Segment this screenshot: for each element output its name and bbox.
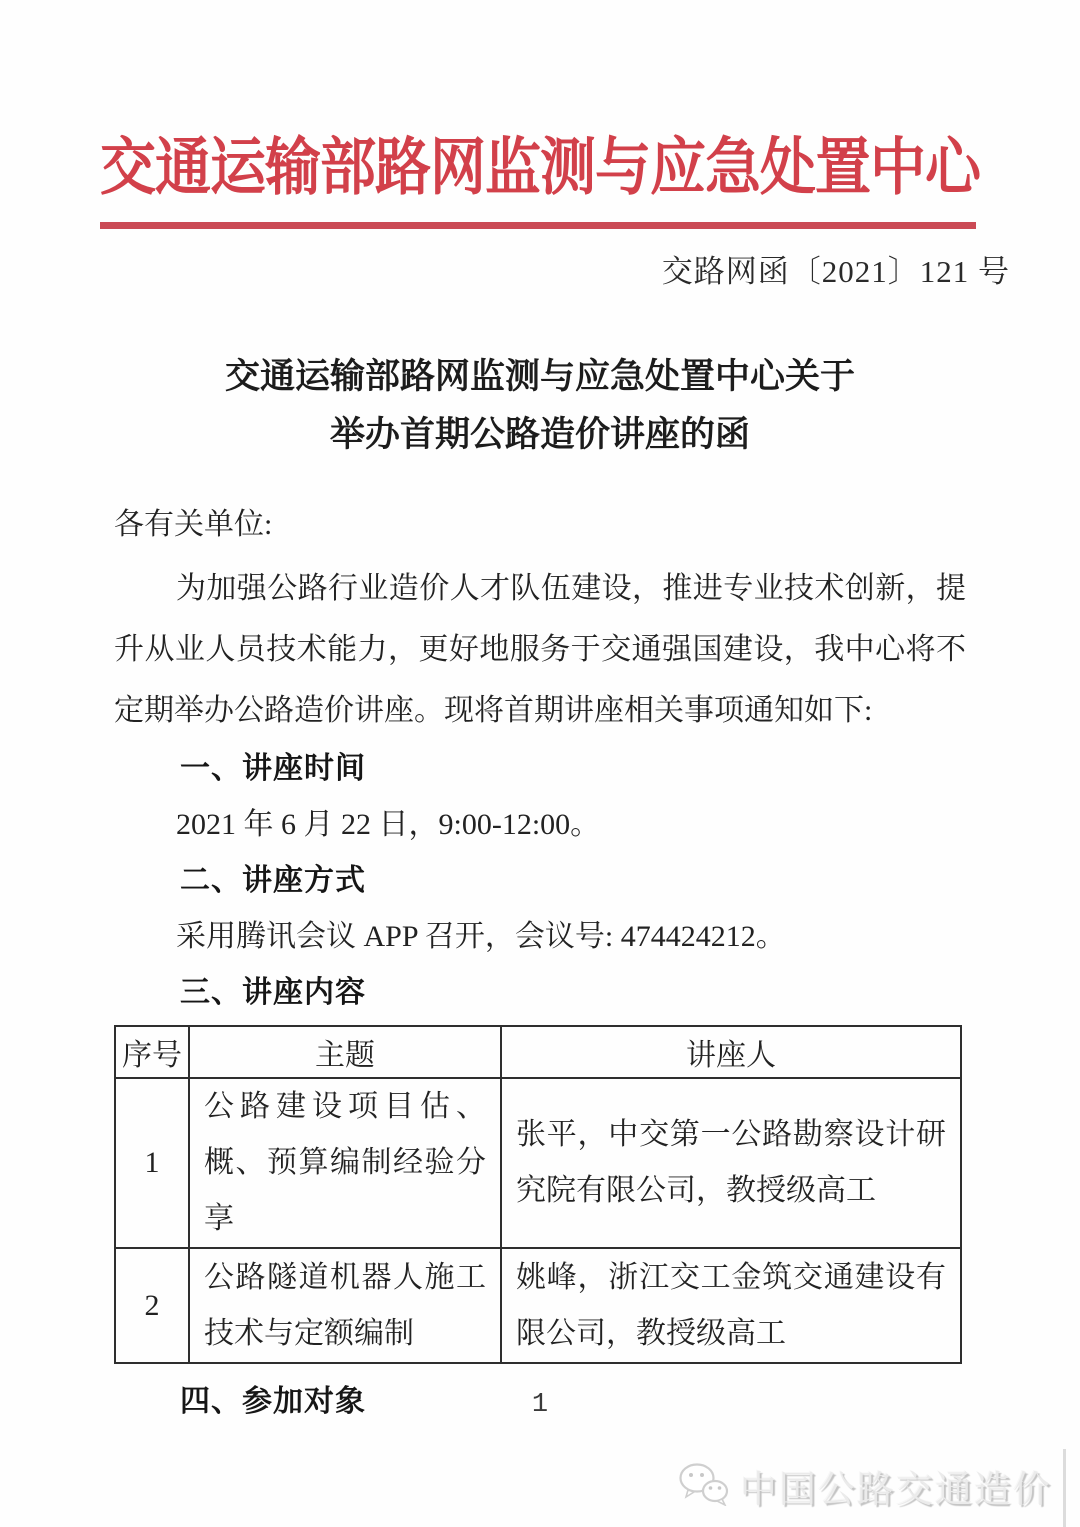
lecture-table: 序号 主题 讲座人 1 公路建设项目估、概、预算编制经验分享 张平，中交第一公路… — [114, 1025, 962, 1364]
section-text-2: 采用腾讯会议 APP 召开，会议号: 474424212。 — [114, 909, 966, 965]
table-header-row: 序号 主题 讲座人 — [115, 1026, 961, 1078]
section-heading-3: 三、讲座内容 — [114, 965, 966, 1021]
row2-topic: 公路隧道机器人施工技术与定额编制 — [189, 1248, 501, 1363]
letter-body: 各有关单位: 为加强公路行业造价人才队伍建设，推进专业技术创新，提升从业人员技术… — [114, 498, 966, 1430]
row2-speaker: 姚峰，浙江交工金筑交通建设有限公司，教授级高工 — [501, 1248, 961, 1363]
document-number: 交路网函〔2021〕121 号 — [662, 246, 1010, 291]
document-title: 交通运输部路网监测与应急处置中心关于 举办首期公路造价讲座的函 — [0, 348, 1080, 464]
row1-speaker: 张平，中交第一公路勘察设计研究院有限公司，教授级高工 — [501, 1078, 961, 1248]
scan-edge-line — [1063, 1449, 1066, 1527]
document-title-line1: 交通运输部路网监测与应急处置中心关于 — [0, 348, 1080, 406]
document-title-line2: 举办首期公路造价讲座的函 — [0, 406, 1080, 464]
section-text-1: 2021 年 6 月 22 日，9:00-12:00。 — [114, 797, 966, 853]
section-heading-1: 一、讲座时间 — [114, 741, 966, 797]
row2-no: 2 — [115, 1248, 189, 1363]
letterhead-divider-rule — [100, 222, 976, 229]
salutation: 各有关单位: — [114, 498, 966, 552]
section-heading-2: 二、讲座方式 — [114, 853, 966, 909]
wechat-icon — [678, 1462, 730, 1511]
header-cell-speaker: 讲座人 — [501, 1026, 961, 1078]
letterhead-agency-name: 交通运输部路网监测与应急处置中心 — [100, 118, 978, 208]
header-cell-no: 序号 — [115, 1026, 189, 1078]
watermark-label: 中国公路交通造价 — [740, 1459, 1052, 1513]
table-row: 2 公路隧道机器人施工技术与定额编制 姚峰，浙江交工金筑交通建设有限公司，教授级… — [115, 1248, 961, 1363]
row1-topic: 公路建设项目估、概、预算编制经验分享 — [189, 1078, 501, 1248]
row1-no: 1 — [115, 1078, 189, 1248]
header-cell-topic: 主题 — [189, 1026, 501, 1078]
intro-paragraph: 为加强公路行业造价人才队伍建设，推进专业技术创新，提升从业人员技术能力，更好地服… — [114, 558, 966, 741]
official-letter-page: 交通运输部路网监测与应急处置中心 交路网函〔2021〕121 号 交通运输部路网… — [0, 0, 1080, 1527]
table-row: 1 公路建设项目估、概、预算编制经验分享 张平，中交第一公路勘察设计研究院有限公… — [115, 1078, 961, 1248]
wechat-watermark: 中国公路交通造价 — [678, 1459, 1052, 1513]
page-number: 1 — [114, 1390, 966, 1420]
